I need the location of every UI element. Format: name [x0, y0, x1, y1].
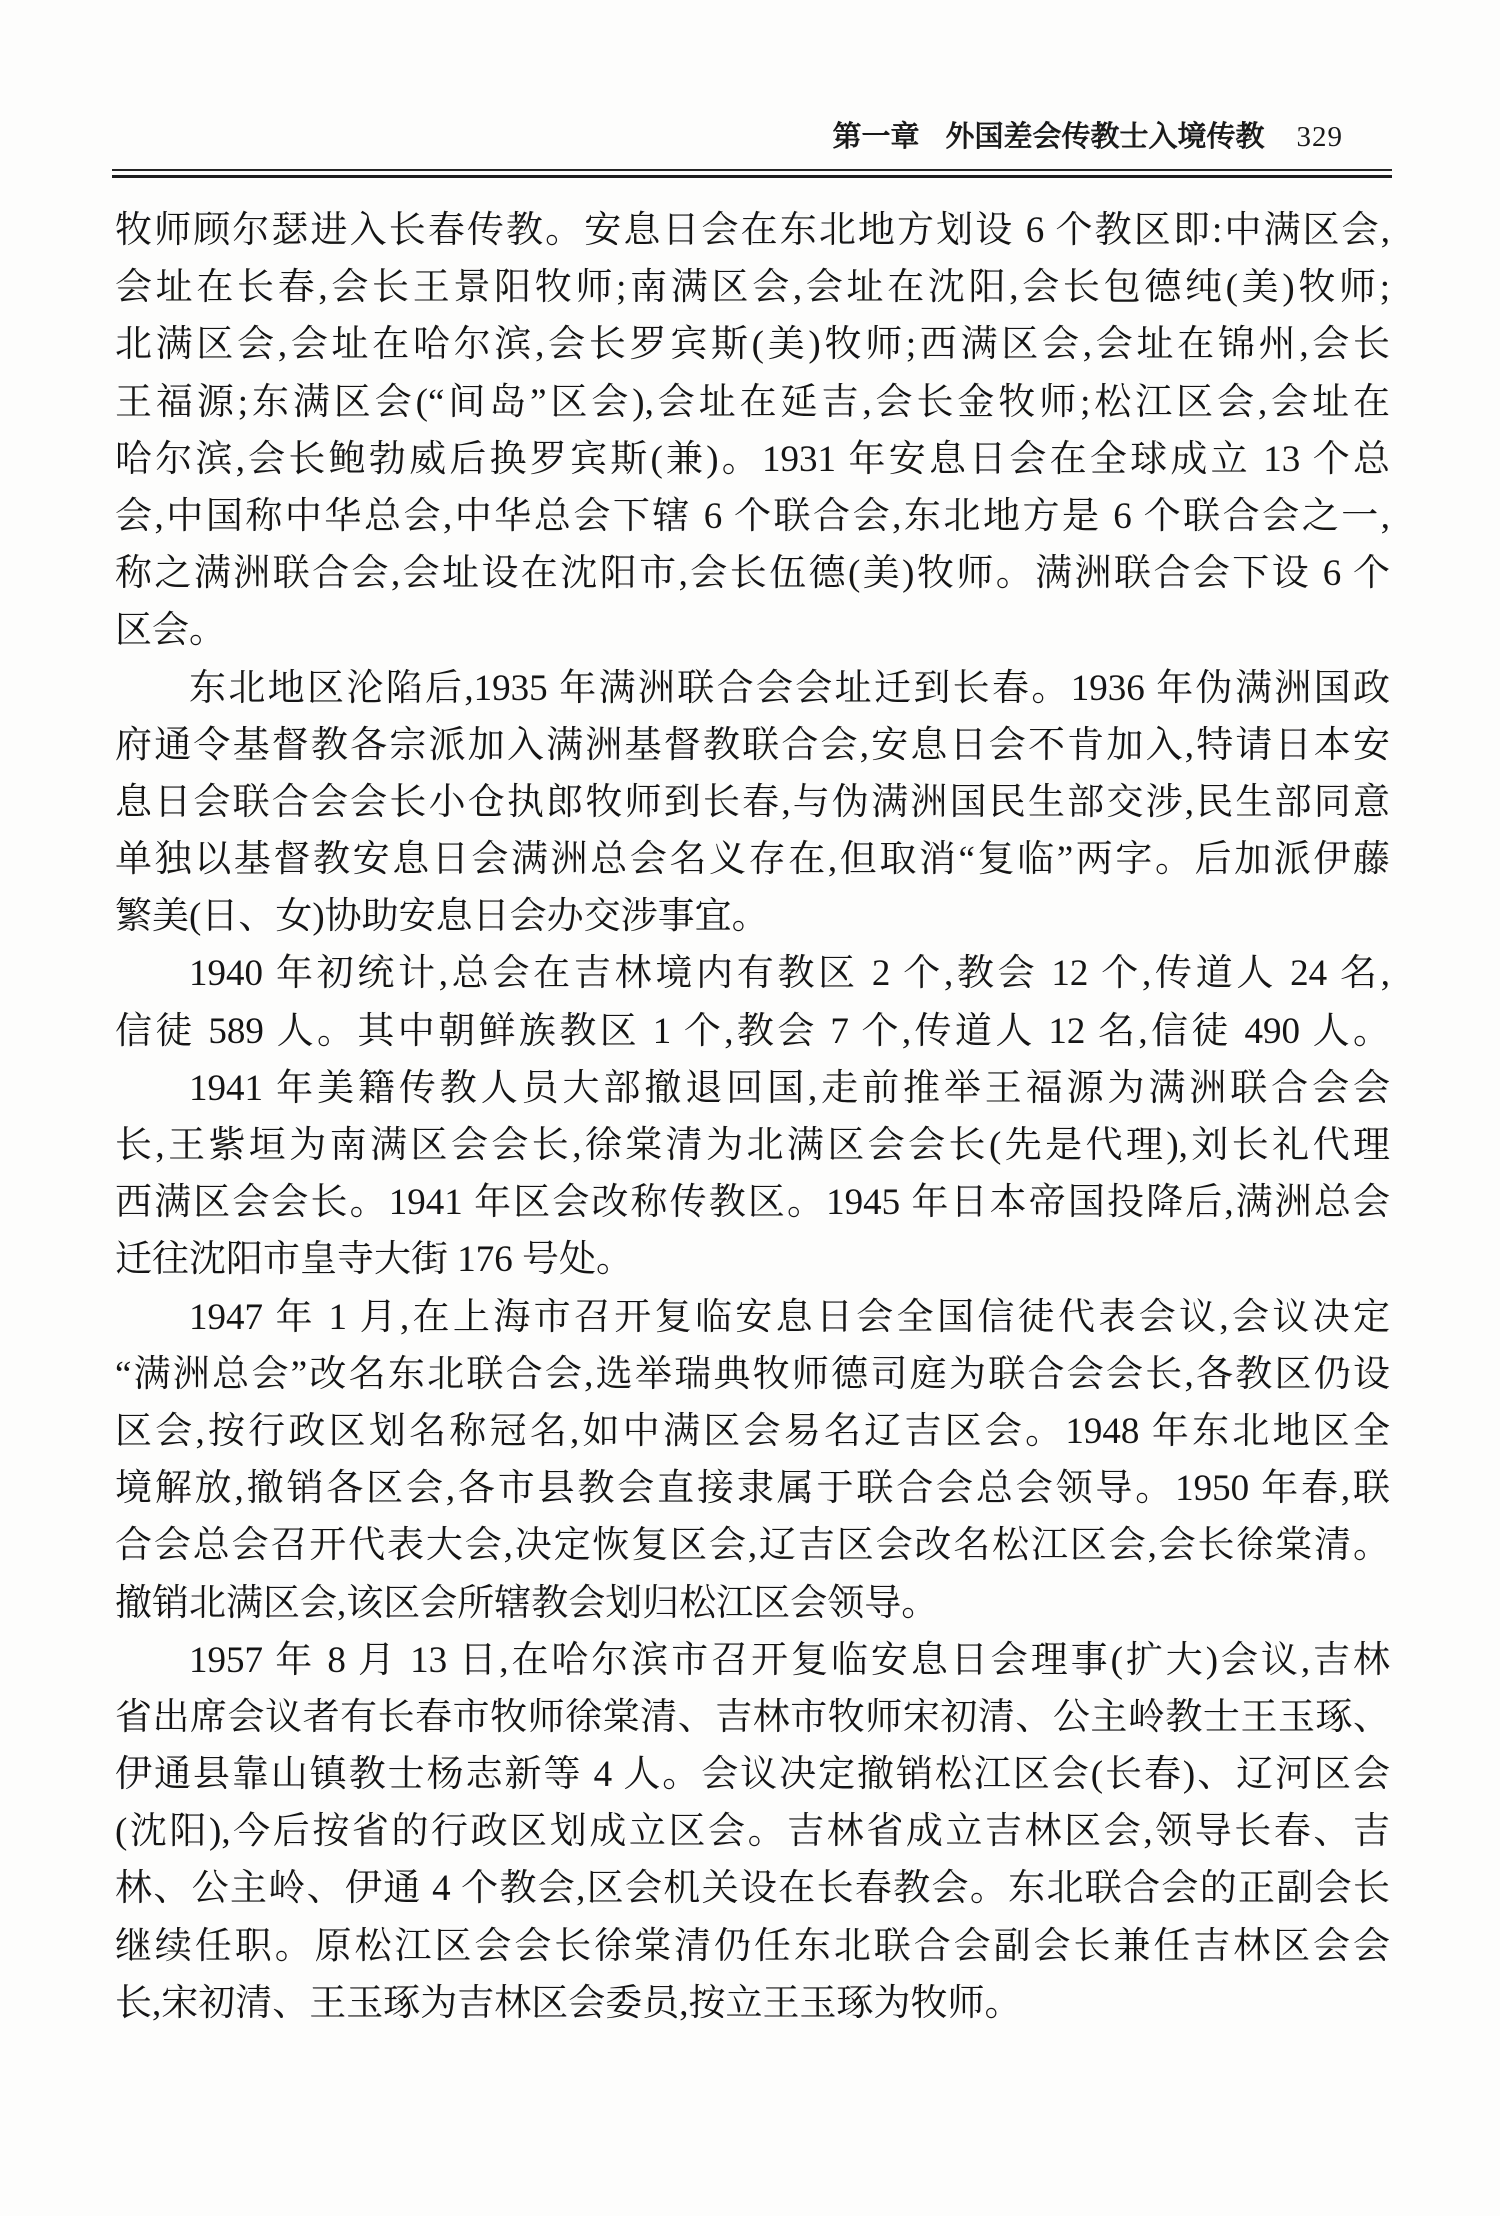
- text-line: 区会,按行政区划名称冠名,如中满区会易名辽吉区会。1948 年东北地区全: [115, 1403, 1390, 1460]
- text-line: 1957 年 8 月 13 日,在哈尔滨市召开复临安息日会理事(扩大)会议,吉林: [115, 1632, 1390, 1689]
- text-line: 省出席会议者有长春市牧师徐棠清、吉林市牧师宋初清、公主岭教士王玉琢、: [115, 1689, 1390, 1746]
- text-line: 息日会联合会会长小仓执郎牧师到长春,与伪满洲国民生部交涉,民生部同意: [115, 774, 1390, 831]
- text-line: 1941 年美籍传教人员大部撤退回国,走前推举王福源为满洲联合会会: [115, 1060, 1390, 1117]
- header-double-rule: [112, 169, 1392, 178]
- text-line: 繁美(日、女)协助安息日会办交涉事宜。: [115, 888, 1390, 945]
- page-number: 329: [1297, 121, 1344, 153]
- rule-line-bottom: [112, 175, 1392, 178]
- text-line: 王福源;东满区会(“间岛”区会),会址在延吉,会长金牧师;松江区会,会址在: [115, 374, 1390, 431]
- text-line: 称之满洲联合会,会址设在沈阳市,会长伍德(美)牧师。满洲联合会下设 6 个: [115, 545, 1390, 602]
- text-line: 合会总会召开代表大会,决定恢复区会,辽吉区会改名松江区会,会长徐棠清。: [115, 1517, 1390, 1574]
- text-line: 会,中国称中华总会,中华总会下辖 6 个联合会,东北地方是 6 个联合会之一,: [115, 488, 1390, 545]
- text-line: 西满区会会长。1941 年区会改称传教区。1945 年日本帝国投降后,满洲总会: [115, 1174, 1390, 1231]
- text-line: 北满区会,会址在哈尔滨,会长罗宾斯(美)牧师;西满区会,会址在锦州,会长: [115, 316, 1390, 373]
- text-line: 林、公主岭、伊通 4 个教会,区会机关设在长春教会。东北联合会的正副会长: [115, 1860, 1390, 1917]
- text-line: 长,宋初清、王玉琢为吉林区会委员,按立王玉琢为牧师。: [115, 1975, 1390, 2032]
- chapter-label: 第一章: [832, 121, 919, 153]
- text-line: 信徒 589 人。其中朝鲜族教区 1 个,教会 7 个,传道人 12 名,信徒 …: [115, 1003, 1390, 1060]
- text-line: 迁往沈阳市皇寺大街 176 号处。: [115, 1231, 1390, 1288]
- text-line: 东北地区沦陷后,1935 年满洲联合会会址迁到长春。1936 年伪满洲国政: [115, 660, 1390, 717]
- rule-line-top: [112, 169, 1392, 171]
- text-line: (沈阳),今后按省的行政区划成立区会。吉林省成立吉林区会,领导长春、吉: [115, 1803, 1390, 1860]
- text-line: 继续任职。原松江区会会长徐棠清仍任东北联合会副会长兼任吉林区会会: [115, 1918, 1390, 1975]
- text-line: 府通令基督教各宗派加入满洲基督教联合会,安息日会不肯加入,特请日本安: [115, 717, 1390, 774]
- text-line: 单独以基督教安息日会满洲总会名义存在,但取消“复临”两字。后加派伊藤: [115, 831, 1390, 888]
- book-page: 第一章外国差会传教士入境传教329 牧师顾尔瑟进入长春传教。安息日会在东北地方划…: [0, 0, 1500, 2216]
- chapter-title: 外国差会传教士入境传教: [945, 121, 1264, 153]
- text-line: “满洲总会”改名东北联合会,选举瑞典牧师德司庭为联合会会长,各教区仍设: [115, 1346, 1390, 1403]
- text-line: 境解放,撤销各区会,各市县教会直接隶属于联合会总会领导。1950 年春,联: [115, 1460, 1390, 1517]
- text-line: 伊通县靠山镇教士杨志新等 4 人。会议决定撤销松江区会(长春)、辽河区会: [115, 1746, 1390, 1803]
- text-line: 区会。: [115, 602, 1390, 659]
- text-line: 牧师顾尔瑟进入长春传教。安息日会在东北地方划设 6 个教区即:中满区会,: [115, 202, 1390, 259]
- text-line: 哈尔滨,会长鲍勃威后换罗宾斯(兼)。1931 年安息日会在全球成立 13 个总: [115, 431, 1390, 488]
- running-head: 第一章外国差会传教士入境传教329: [832, 118, 1343, 156]
- text-line: 1947 年 1 月,在上海市召开复临安息日会全国信徒代表会议,会议决定: [115, 1289, 1390, 1346]
- body-text: 牧师顾尔瑟进入长春传教。安息日会在东北地方划设 6 个教区即:中满区会, 会址在…: [115, 202, 1390, 2032]
- text-line: 撤销北满区会,该区会所辖教会划归松江区会领导。: [115, 1575, 1390, 1632]
- text-line: 长,王紫垣为南满区会会长,徐棠清为北满区会会长(先是代理),刘长礼代理: [115, 1117, 1390, 1174]
- text-line: 1940 年初统计,总会在吉林境内有教区 2 个,教会 12 个,传道人 24 …: [115, 945, 1390, 1002]
- text-line: 会址在长春,会长王景阳牧师;南满区会,会址在沈阳,会长包德纯(美)牧师;: [115, 259, 1390, 316]
